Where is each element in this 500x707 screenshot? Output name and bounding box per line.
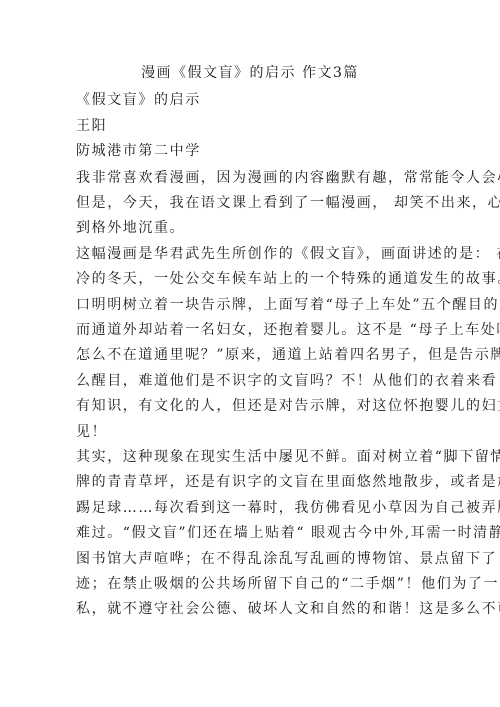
body-line: 而通道外却站着一名妇女，还抱着婴儿。这不是 “母子上车处吗？她们	[76, 321, 500, 339]
body-line: 私，就不遵守社会公德、破坏人文和自然的和谐！这是多么不可取呀！	[76, 600, 500, 618]
body-line: 迹；在禁止吸烟的公共场所留下自己的“二手烟”！他们为了一己之	[76, 575, 500, 593]
school-name: 防城港市第二中学	[76, 142, 201, 160]
body-line: 但是，今天，我在语文课上看到了一幅漫画， 却笑不出来，心里反而感	[76, 194, 500, 212]
body-line: 怎么不在道通里呢？”原来，通道上站着四名男子，但是告示牌的字那	[76, 346, 500, 364]
body-line: 有知识，有文化的人，但还是对告示牌，对这位怀抱婴儿的妇女视而不	[76, 397, 500, 415]
body-line: 踢足球……每次看到这一幕时，我仿佛看见小草因为自己被弄脏而悲伤	[76, 499, 500, 517]
body-line: 见！	[76, 423, 107, 441]
body-line: 牌的青青草坪，还是有识字的文盲在里面悠然地散步，或者是放风筝、	[76, 473, 500, 491]
body-line: 我非常喜欢看漫画，因为漫画的内容幽默有趣，常常能令人会心一笑 。	[76, 169, 500, 187]
document-page: 漫画《假文盲》的启示 作文3篇 《假文盲》的启示 王阳 防城港市第二中学 我非常…	[0, 0, 500, 707]
body-line: 冷的冬天，一处公交车候车站上的一个特殊的通道发生的故事。通道出	[76, 270, 500, 288]
body-line: 其实，这种现象在现实生活中屡见不鲜。面对树立着“脚下留情”告示	[76, 448, 500, 466]
document-title: 漫画《假文盲》的启示 作文3篇	[0, 64, 500, 82]
body-line: 难过。“假文盲”们还在墙上贴着“ 眼观古今中外,耳需一时清静”的	[76, 524, 500, 542]
body-line: 图书馆大声喧哗；在不得乱涂乱写乱画的博物馆、景点留下了自己的痕	[76, 550, 500, 568]
body-line: 这幅漫画是华君武先生所创作的《假文盲》，画面讲述的是： 在一个寒	[76, 245, 500, 263]
essay-subtitle: 《假文盲》的启示	[76, 91, 201, 109]
body-line: 么醒目，难道他们是不识字的文盲吗？不！从他们的衣着来看 ，他们是	[76, 372, 500, 390]
body-line: 到格外地沉重。	[76, 219, 185, 237]
author-name: 王阳	[76, 117, 107, 135]
body-line: 口明明树立着一块告示牌，上面写着“母子上车处”五个醒目的大字，	[76, 296, 500, 314]
